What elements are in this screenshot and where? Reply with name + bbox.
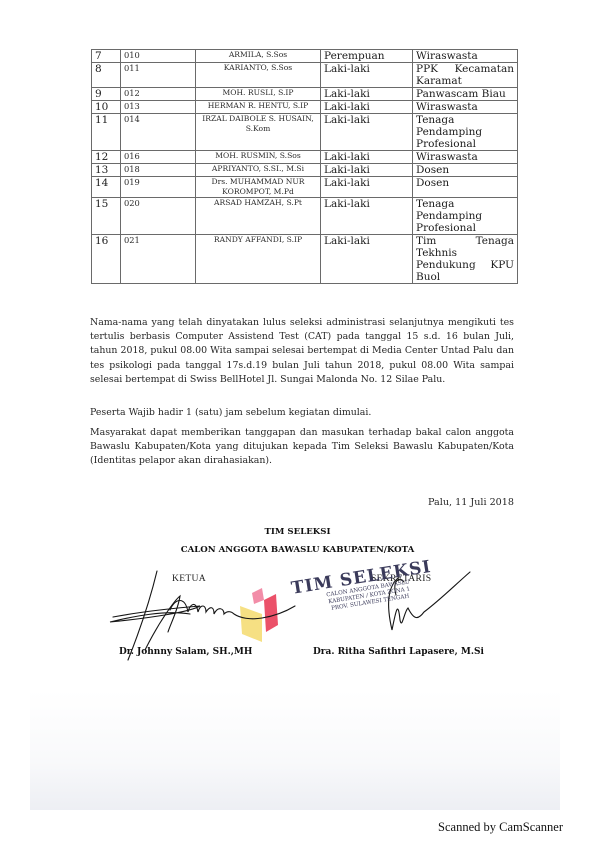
- registration-code: 021: [121, 235, 196, 284]
- candidate-name: MOH. RUSMIN, S.Sos: [196, 151, 321, 164]
- registration-code: 016: [121, 151, 196, 164]
- candidate-gender: Laki-laki: [321, 88, 413, 101]
- candidate-occupation: PPKKecamatanKaramat: [413, 63, 518, 88]
- table-row: 7010ARMILA, S.SosPerempuanWiraswasta: [92, 50, 518, 63]
- candidate-gender: Laki-laki: [321, 151, 413, 164]
- table-row: 12016MOH. RUSMIN, S.SosLaki-lakiWiraswas…: [92, 151, 518, 164]
- public-feedback-paragraph: Masyarakat dapat memberikan tanggapan da…: [90, 426, 514, 469]
- table-row: 10013HERMAN R. HENTU, S.IPLaki-lakiWiras…: [92, 101, 518, 114]
- candidate-occupation: TimTenagaTekhnisPendukungKPUBuol: [413, 235, 518, 284]
- place-date: Palu, 11 Juli 2018: [428, 497, 514, 508]
- registration-code: 013: [121, 101, 196, 114]
- candidate-name: APRIYANTO, S.SI., M.Si: [196, 164, 321, 177]
- occupation-line: Karamat: [416, 75, 514, 87]
- occupation-word: Tim: [416, 235, 436, 247]
- camscanner-watermark: Scanned by CamScanner: [438, 820, 563, 835]
- candidate-occupation: Wiraswasta: [413, 151, 518, 164]
- occupation-line: Profesional: [416, 138, 514, 150]
- table-row: 15020ARSAD HAMZAH, S.PtLaki-lakiTenagaPe…: [92, 198, 518, 235]
- candidate-gender: Laki-laki: [321, 164, 413, 177]
- occupation-word: PPK: [416, 63, 438, 75]
- occupation-line: Wiraswasta: [416, 151, 514, 163]
- candidate-occupation: Wiraswasta: [413, 50, 518, 63]
- candidate-table-body: 7010ARMILA, S.SosPerempuanWiraswasta8011…: [92, 50, 518, 284]
- occupation-line: Pendamping: [416, 210, 514, 222]
- candidate-gender: Laki-laki: [321, 235, 413, 284]
- row-number: 14: [92, 177, 121, 198]
- candidate-gender: Laki-laki: [321, 177, 413, 198]
- occupation-line: Tenaga: [416, 198, 514, 210]
- candidate-table: 7010ARMILA, S.SosPerempuanWiraswasta8011…: [91, 49, 518, 284]
- candidate-name: Drs. MUHAMMAD NUR KOROMPOT, M.Pd: [196, 177, 321, 198]
- chairman-role: KETUA: [172, 573, 206, 584]
- row-number: 13: [92, 164, 121, 177]
- table-row: 11014IRZAL DAIBOLE S. HUSAIN, S.KomLaki-…: [92, 114, 518, 151]
- row-number: 11: [92, 114, 121, 151]
- row-number: 9: [92, 88, 121, 101]
- occupation-line: Wiraswasta: [416, 50, 514, 62]
- row-number: 8: [92, 63, 121, 88]
- row-number: 12: [92, 151, 121, 164]
- table-row: 8011KARIANTO, S.SosLaki-lakiPPKKecamatan…: [92, 63, 518, 88]
- occupation-line: PendukungKPU: [416, 259, 514, 271]
- occupation-line: Wiraswasta: [416, 101, 514, 113]
- row-number: 10: [92, 101, 121, 114]
- bawaslu-logo-icon: [240, 588, 278, 642]
- registration-code: 010: [121, 50, 196, 63]
- chairman-name: Dr. Johnny Salam, SH.,MH: [119, 647, 252, 657]
- candidate-name: ARSAD HAMZAH, S.Pt: [196, 198, 321, 235]
- candidate-occupation: TenagaPendampingProfesional: [413, 198, 518, 235]
- candidate-name: HERMAN R. HENTU, S.IP: [196, 101, 321, 114]
- registration-code: 018: [121, 164, 196, 177]
- exam-schedule-paragraph: Nama-nama yang telah dinyatakan lulus se…: [90, 316, 514, 387]
- registration-code: 014: [121, 114, 196, 151]
- occupation-line: Tekhnis: [416, 247, 514, 259]
- table-row: 9012MOH. RUSLI, S.IPLaki-lakiPanwascam B…: [92, 88, 518, 101]
- candidate-gender: Perempuan: [321, 50, 413, 63]
- secretary-name: Dra. Ritha Safithri Lapasere, M.Si: [313, 647, 484, 657]
- committee-stamp: TIM SELEKSI CALON ANGGOTA BAWASLU KABUPA…: [290, 558, 436, 619]
- candidate-occupation: Panwascam Biau: [413, 88, 518, 101]
- occupation-word: Tenaga: [476, 235, 514, 247]
- row-number: 16: [92, 235, 121, 284]
- occupation-line: Pendamping: [416, 126, 514, 138]
- registration-code: 011: [121, 63, 196, 88]
- row-number: 15: [92, 198, 121, 235]
- registration-code: 012: [121, 88, 196, 101]
- occupation-line: Dosen: [416, 177, 514, 189]
- candidate-name: MOH. RUSLI, S.IP: [196, 88, 321, 101]
- occupation-line: Dosen: [416, 164, 514, 176]
- occupation-word: KPU: [490, 259, 514, 271]
- occupation-line: Panwascam Biau: [416, 88, 514, 100]
- candidate-occupation: Dosen: [413, 177, 518, 198]
- candidate-occupation: Wiraswasta: [413, 101, 518, 114]
- occupation-line: TimTenaga: [416, 235, 514, 247]
- committee-subheading: CALON ANGGOTA BAWASLU KABUPATEN/KOTA: [0, 545, 595, 555]
- table-row: 16021RANDY AFFANDI, S.IPLaki-lakiTimTena…: [92, 235, 518, 284]
- occupation-line: PPKKecamatan: [416, 63, 514, 75]
- attendance-note: Peserta Wajib hadir 1 (satu) jam sebelum…: [90, 406, 514, 420]
- committee-heading: TIM SELEKSI: [0, 527, 595, 537]
- candidate-occupation: TenagaPendampingProfesional: [413, 114, 518, 151]
- occupation-word: Kecamatan: [455, 63, 514, 75]
- occupation-line: Tenaga: [416, 114, 514, 126]
- candidate-name: IRZAL DAIBOLE S. HUSAIN, S.Kom: [196, 114, 321, 151]
- candidate-name: KARIANTO, S.Sos: [196, 63, 321, 88]
- candidate-occupation: Dosen: [413, 164, 518, 177]
- candidate-name: ARMILA, S.Sos: [196, 50, 321, 63]
- candidate-gender: Laki-laki: [321, 101, 413, 114]
- candidate-gender: Laki-laki: [321, 63, 413, 88]
- candidate-name: RANDY AFFANDI, S.IP: [196, 235, 321, 284]
- table-row: 13018APRIYANTO, S.SI., M.SiLaki-lakiDose…: [92, 164, 518, 177]
- occupation-line: Profesional: [416, 222, 514, 234]
- registration-code: 020: [121, 198, 196, 235]
- candidate-gender: Laki-laki: [321, 114, 413, 151]
- row-number: 7: [92, 50, 121, 63]
- table-row: 14019Drs. MUHAMMAD NUR KOROMPOT, M.PdLak…: [92, 177, 518, 198]
- document-page: 7010ARMILA, S.SosPerempuanWiraswasta8011…: [0, 0, 595, 842]
- occupation-line: Buol: [416, 271, 514, 283]
- registration-code: 019: [121, 177, 196, 198]
- scan-artifact: [30, 690, 560, 810]
- candidate-gender: Laki-laki: [321, 198, 413, 235]
- occupation-word: Pendukung: [416, 259, 476, 271]
